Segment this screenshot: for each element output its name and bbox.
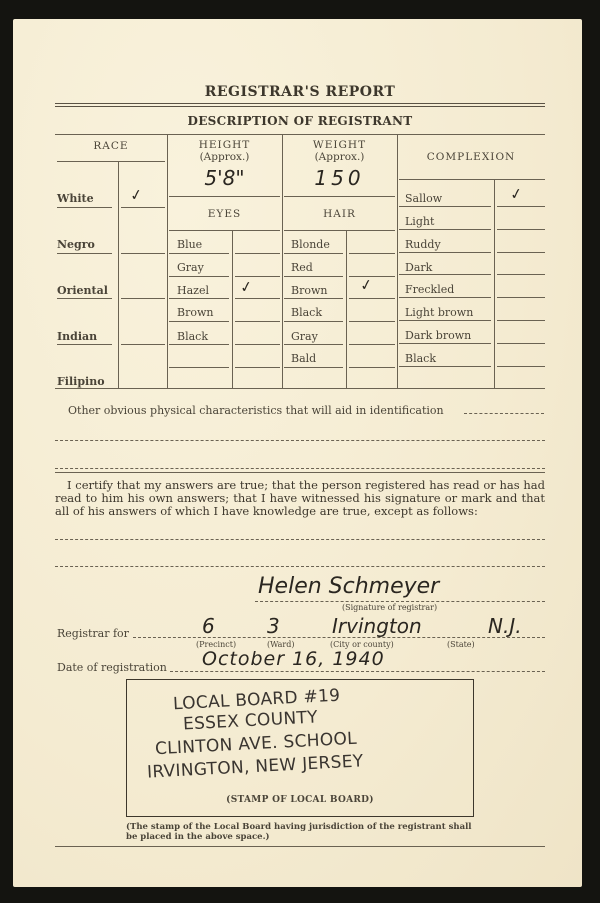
rule: [235, 253, 280, 254]
race-indian-label: Indian: [57, 330, 97, 343]
bottom-rule: [55, 846, 545, 847]
rule: [399, 320, 491, 321]
rule: [497, 229, 545, 230]
hair-brown-label: Brown: [291, 284, 327, 297]
rule: [399, 179, 545, 180]
rule: [169, 253, 229, 254]
rule: [57, 161, 165, 162]
eyes-gray-label: Gray: [177, 261, 204, 274]
rule: [399, 366, 491, 367]
rule: [235, 367, 280, 368]
other-characteristics-line[interactable]: [55, 440, 545, 441]
complexion-dark-label: Dark: [405, 261, 432, 274]
exceptions-line[interactable]: [55, 539, 545, 540]
rule: [349, 367, 395, 368]
registrar-for-label: Registrar for: [57, 627, 129, 640]
complexion-freckled-label: Freckled: [405, 283, 454, 296]
rule: [497, 206, 545, 207]
date-label: Date of registration: [57, 661, 167, 674]
exceptions-line[interactable]: [55, 566, 545, 567]
weight-value: 150: [282, 166, 397, 190]
hair-gray-label: Gray: [291, 330, 318, 343]
title-double-rule: [55, 103, 545, 107]
weight-subheader: (Approx.): [282, 151, 397, 163]
rule: [57, 253, 112, 254]
city-value: Irvington: [332, 614, 422, 638]
hair-bald-label: Bald: [291, 352, 316, 365]
hair-black-label: Black: [291, 306, 322, 319]
race-negro-label: Negro: [57, 238, 95, 251]
rule: [497, 343, 545, 344]
rule: [121, 253, 165, 254]
rule: [497, 366, 545, 367]
rule: [284, 298, 343, 299]
rule: [121, 344, 165, 345]
other-characteristics-label: Other obvious physical characteristics t…: [68, 404, 444, 417]
other-characteristics-line[interactable]: [55, 468, 545, 469]
rule: [349, 253, 395, 254]
rule: [399, 343, 491, 344]
state-caption: (State): [447, 640, 475, 649]
stamp-caption: (STAMP OF LOCAL BOARD): [127, 795, 473, 805]
rule: [284, 230, 395, 231]
eyes-brown-label: Brown: [177, 306, 213, 319]
rule: [349, 344, 395, 345]
registrar-signature: Helen Schmeyer: [258, 574, 439, 599]
race-oriental-label: Oriental: [57, 284, 108, 297]
col-divider: [346, 231, 347, 388]
rule: [349, 321, 395, 322]
complexion-light-label: Light: [405, 215, 434, 228]
rule: [284, 367, 343, 368]
certification-text: I certify that my answers are true; that…: [55, 479, 545, 518]
rule: [399, 206, 491, 207]
col-divider: [397, 134, 398, 388]
eyes-header: EYES: [167, 208, 282, 220]
rule: [399, 274, 491, 275]
rule: [169, 196, 280, 197]
eyes-blue-label: Blue: [177, 238, 202, 251]
local-board-stamp-box: LOCAL BOARD #19 ESSEX COUNTY CLINTON AVE…: [126, 679, 474, 817]
stamp-footnote: (The stamp of the Local Board having jur…: [126, 822, 476, 842]
blank-line: [464, 413, 544, 414]
complexion-dark-brown-label: Dark brown: [405, 329, 471, 342]
rule: [284, 321, 343, 322]
complexion-ruddy-label: Ruddy: [405, 238, 441, 251]
hair-header: HAIR: [282, 208, 397, 220]
col-divider: [494, 180, 495, 388]
ward-value: 3: [267, 614, 280, 638]
rule: [121, 207, 165, 208]
rule: [284, 196, 395, 197]
rule: [497, 252, 545, 253]
signature-line[interactable]: [255, 601, 545, 602]
complexion-sallow-label: Sallow: [405, 192, 442, 205]
rule: [284, 276, 343, 277]
rule: [399, 229, 491, 230]
rule: [497, 320, 545, 321]
rule: [169, 298, 229, 299]
rule: [399, 252, 491, 253]
rule: [284, 344, 343, 345]
col-divider: [118, 162, 119, 388]
eyes-black-label: Black: [177, 330, 208, 343]
rule: [169, 276, 229, 277]
rule: [235, 321, 280, 322]
race-white-label: White: [57, 192, 94, 205]
rule: [284, 253, 343, 254]
date-value: October 16, 1940: [202, 648, 385, 670]
hair-blonde-label: Blonde: [291, 238, 330, 251]
state-value: N.J.: [488, 614, 522, 638]
rule: [57, 344, 112, 345]
rule: [121, 298, 165, 299]
section-rule: [55, 472, 545, 473]
height-header: HEIGHT: [167, 139, 282, 151]
race-filipino-label: Filipino: [57, 375, 105, 388]
complexion-header: COMPLEXION: [397, 151, 545, 163]
eyes-hazel-label: Hazel: [177, 284, 209, 297]
race-header: RACE: [55, 140, 167, 152]
height-value: 5'8": [167, 166, 282, 190]
rule: [169, 344, 229, 345]
rule: [235, 276, 280, 277]
complexion-light-brown-label: Light brown: [405, 306, 473, 319]
rule: [169, 367, 229, 368]
rule: [399, 297, 491, 298]
col-divider: [232, 231, 233, 388]
weight-header: WEIGHT: [282, 139, 397, 151]
complexion-black-label: Black: [405, 352, 436, 365]
rule: [169, 321, 229, 322]
rule: [57, 207, 112, 208]
rule: [497, 274, 545, 275]
precinct-value: 6: [202, 614, 215, 638]
table-top-rule: [55, 134, 545, 135]
date-line[interactable]: [170, 671, 545, 672]
table-bottom-rule: [55, 388, 545, 389]
height-subheader: (Approx.): [167, 151, 282, 163]
hair-red-label: Red: [291, 261, 313, 274]
rule: [57, 298, 112, 299]
section-subtitle: DESCRIPTION OF REGISTRANT: [0, 114, 600, 128]
report-title: REGISTRAR'S REPORT: [0, 84, 600, 100]
rule: [169, 230, 280, 231]
rule: [349, 298, 395, 299]
signature-caption: (Signature of registrar): [342, 603, 437, 612]
rule: [235, 298, 280, 299]
rule: [349, 276, 395, 277]
rule: [497, 297, 545, 298]
rule: [235, 344, 280, 345]
